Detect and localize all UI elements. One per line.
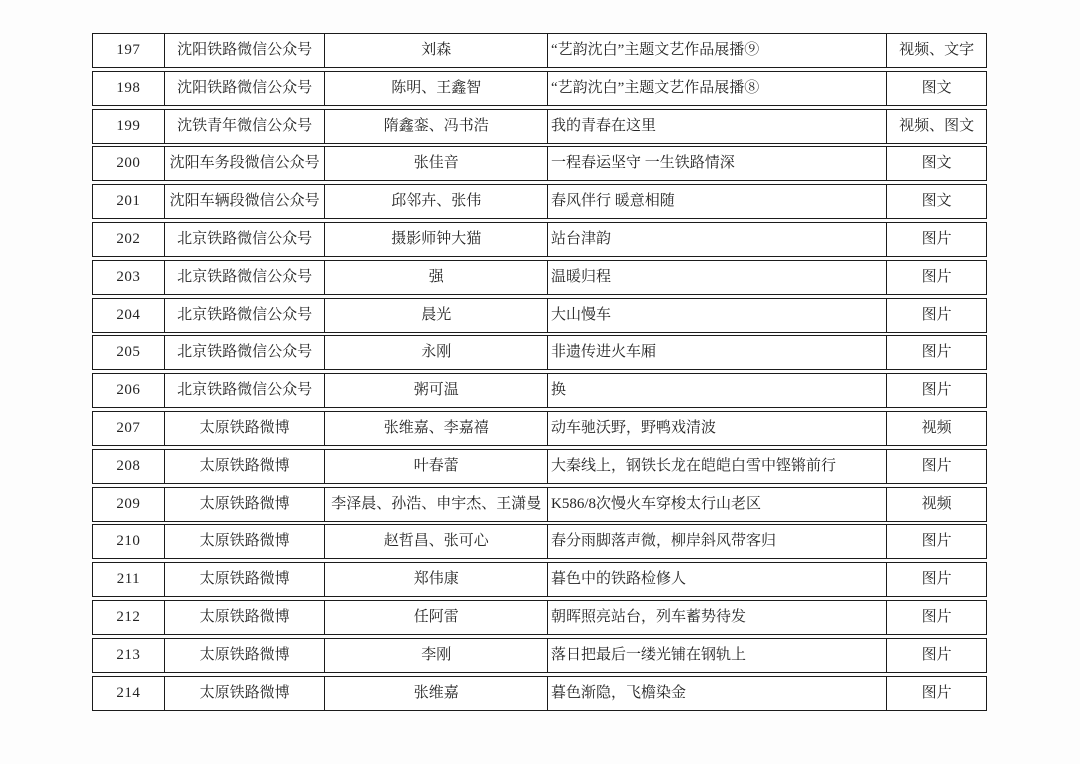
row-number-cell: 204 <box>93 299 165 332</box>
row-number-cell: 211 <box>93 563 165 596</box>
work-title-cell: 大山慢车 <box>548 299 887 332</box>
work-title-cell: 春风伴行 暖意相随 <box>548 185 887 218</box>
media-type-cell: 图片 <box>887 299 986 332</box>
entries-table: 197 沈阳铁路微信公众号 刘森 “艺韵沈白”主题文艺作品展播⑨ 视频、文字 1… <box>92 33 987 713</box>
work-title-cell: 非遗传进火车厢 <box>548 336 887 369</box>
organization-cell: 太原铁路微博 <box>165 450 326 483</box>
author-cell: 强 <box>325 261 548 294</box>
row-number-cell: 214 <box>93 677 165 710</box>
organization-cell: 北京铁路微信公众号 <box>165 223 326 256</box>
row-number-cell: 209 <box>93 488 165 521</box>
author-cell: 隋鑫銮、冯书浩 <box>325 110 548 143</box>
author-cell: 赵哲昌、张可心 <box>325 525 548 558</box>
row-number-cell: 199 <box>93 110 165 143</box>
author-cell: 张维嘉、李嘉禧 <box>325 412 548 445</box>
media-type-cell: 图片 <box>887 261 986 294</box>
work-title-cell: 暮色渐隐，飞檐染金 <box>548 677 887 710</box>
table-row: 213 太原铁路微博 李刚 落日把最后一缕光铺在钢轨上 图片 <box>92 638 987 673</box>
table-row: 207 太原铁路微博 张维嘉、李嘉禧 动车驰沃野，野鸭戏清波 视频 <box>92 411 987 446</box>
work-title-cell: “艺韵沈白”主题文艺作品展播⑧ <box>548 72 887 105</box>
author-cell: 任阿雷 <box>325 601 548 634</box>
media-type-cell: 图文 <box>887 185 986 218</box>
table-row: 203 北京铁路微信公众号 强 温暖归程 图片 <box>92 260 987 295</box>
work-title-cell: 一程春运坚守 一生铁路情深 <box>548 147 887 180</box>
row-number-cell: 213 <box>93 639 165 672</box>
table-row: 200 沈阳车务段微信公众号 张佳音 一程春运坚守 一生铁路情深 图文 <box>92 146 987 181</box>
row-number-cell: 212 <box>93 601 165 634</box>
organization-cell: 北京铁路微信公众号 <box>165 261 326 294</box>
table-row: 204 北京铁路微信公众号 晨光 大山慢车 图片 <box>92 298 987 333</box>
row-number-cell: 201 <box>93 185 165 218</box>
organization-cell: 沈阳铁路微信公众号 <box>165 34 326 67</box>
table-row: 212 太原铁路微博 任阿雷 朝晖照亮站台，列车蓄势待发 图片 <box>92 600 987 635</box>
media-type-cell: 图片 <box>887 374 986 407</box>
author-cell: 晨光 <box>325 299 548 332</box>
table-row: 199 沈铁青年微信公众号 隋鑫銮、冯书浩 我的青春在这里 视频、图文 <box>92 109 987 144</box>
media-type-cell: 图片 <box>887 525 986 558</box>
organization-cell: 太原铁路微博 <box>165 563 326 596</box>
organization-cell: 北京铁路微信公众号 <box>165 299 326 332</box>
row-number-cell: 200 <box>93 147 165 180</box>
media-type-cell: 图片 <box>887 450 986 483</box>
row-number-cell: 202 <box>93 223 165 256</box>
table-row: 211 太原铁路微博 郑伟康 暮色中的铁路检修人 图片 <box>92 562 987 597</box>
table-row: 197 沈阳铁路微信公众号 刘森 “艺韵沈白”主题文艺作品展播⑨ 视频、文字 <box>92 33 987 68</box>
media-type-cell: 视频、文字 <box>887 34 986 67</box>
work-title-cell: 动车驰沃野，野鸭戏清波 <box>548 412 887 445</box>
author-cell: 刘森 <box>325 34 548 67</box>
media-type-cell: 视频、图文 <box>887 110 986 143</box>
author-cell: 邱邻卉、张伟 <box>325 185 548 218</box>
author-cell: 粥可温 <box>325 374 548 407</box>
table-row: 209 太原铁路微博 李泽晨、孙浩、申宇杰、王潇曼 K586/8次慢火车穿梭太行… <box>92 487 987 522</box>
media-type-cell: 图文 <box>887 147 986 180</box>
author-cell: 摄影师钟大猫 <box>325 223 548 256</box>
row-number-cell: 207 <box>93 412 165 445</box>
author-cell: 叶春蕾 <box>325 450 548 483</box>
organization-cell: 太原铁路微博 <box>165 601 326 634</box>
media-type-cell: 图片 <box>887 336 986 369</box>
table-row: 208 太原铁路微博 叶春蕾 大秦线上，钢铁长龙在皑皑白雪中铿锵前行 图片 <box>92 449 987 484</box>
work-title-cell: 朝晖照亮站台，列车蓄势待发 <box>548 601 887 634</box>
work-title-cell: 温暖归程 <box>548 261 887 294</box>
work-title-cell: 暮色中的铁路检修人 <box>548 563 887 596</box>
organization-cell: 太原铁路微博 <box>165 677 326 710</box>
table-row: 214 太原铁路微博 张维嘉 暮色渐隐，飞檐染金 图片 <box>92 676 987 711</box>
work-title-cell: 春分雨脚落声微，柳岸斜风带客归 <box>548 525 887 558</box>
row-number-cell: 208 <box>93 450 165 483</box>
author-cell: 永刚 <box>325 336 548 369</box>
organization-cell: 沈阳铁路微信公众号 <box>165 72 326 105</box>
work-title-cell: 我的青春在这里 <box>548 110 887 143</box>
document-page: 197 沈阳铁路微信公众号 刘森 “艺韵沈白”主题文艺作品展播⑨ 视频、文字 1… <box>0 0 1080 764</box>
author-cell: 张佳音 <box>325 147 548 180</box>
author-cell: 李泽晨、孙浩、申宇杰、王潇曼 <box>325 488 548 521</box>
author-cell: 李刚 <box>325 639 548 672</box>
media-type-cell: 图片 <box>887 677 986 710</box>
work-title-cell: 站台津韵 <box>548 223 887 256</box>
media-type-cell: 图片 <box>887 601 986 634</box>
row-number-cell: 206 <box>93 374 165 407</box>
author-cell: 张维嘉 <box>325 677 548 710</box>
author-cell: 郑伟康 <box>325 563 548 596</box>
organization-cell: 太原铁路微博 <box>165 488 326 521</box>
author-cell: 陈明、王鑫智 <box>325 72 548 105</box>
row-number-cell: 205 <box>93 336 165 369</box>
table-row: 201 沈阳车辆段微信公众号 邱邻卉、张伟 春风伴行 暖意相随 图文 <box>92 184 987 219</box>
work-title-cell: “艺韵沈白”主题文艺作品展播⑨ <box>548 34 887 67</box>
media-type-cell: 图片 <box>887 639 986 672</box>
work-title-cell: 换 <box>548 374 887 407</box>
row-number-cell: 198 <box>93 72 165 105</box>
organization-cell: 沈阳车务段微信公众号 <box>165 147 326 180</box>
media-type-cell: 视频 <box>887 412 986 445</box>
media-type-cell: 视频 <box>887 488 986 521</box>
organization-cell: 北京铁路微信公众号 <box>165 336 326 369</box>
table-row: 202 北京铁路微信公众号 摄影师钟大猫 站台津韵 图片 <box>92 222 987 257</box>
table-row: 206 北京铁路微信公众号 粥可温 换 图片 <box>92 373 987 408</box>
media-type-cell: 图片 <box>887 563 986 596</box>
work-title-cell: 落日把最后一缕光铺在钢轨上 <box>548 639 887 672</box>
work-title-cell: 大秦线上，钢铁长龙在皑皑白雪中铿锵前行 <box>548 450 887 483</box>
row-number-cell: 203 <box>93 261 165 294</box>
organization-cell: 沈铁青年微信公众号 <box>165 110 326 143</box>
row-number-cell: 210 <box>93 525 165 558</box>
media-type-cell: 图片 <box>887 223 986 256</box>
organization-cell: 沈阳车辆段微信公众号 <box>165 185 326 218</box>
table-row: 205 北京铁路微信公众号 永刚 非遗传进火车厢 图片 <box>92 335 987 370</box>
media-type-cell: 图文 <box>887 72 986 105</box>
row-number-cell: 197 <box>93 34 165 67</box>
organization-cell: 太原铁路微博 <box>165 412 326 445</box>
organization-cell: 北京铁路微信公众号 <box>165 374 326 407</box>
organization-cell: 太原铁路微博 <box>165 639 326 672</box>
organization-cell: 太原铁路微博 <box>165 525 326 558</box>
work-title-cell: K586/8次慢火车穿梭太行山老区 <box>548 488 887 521</box>
table-row: 210 太原铁路微博 赵哲昌、张可心 春分雨脚落声微，柳岸斜风带客归 图片 <box>92 524 987 559</box>
table-row: 198 沈阳铁路微信公众号 陈明、王鑫智 “艺韵沈白”主题文艺作品展播⑧ 图文 <box>92 71 987 106</box>
